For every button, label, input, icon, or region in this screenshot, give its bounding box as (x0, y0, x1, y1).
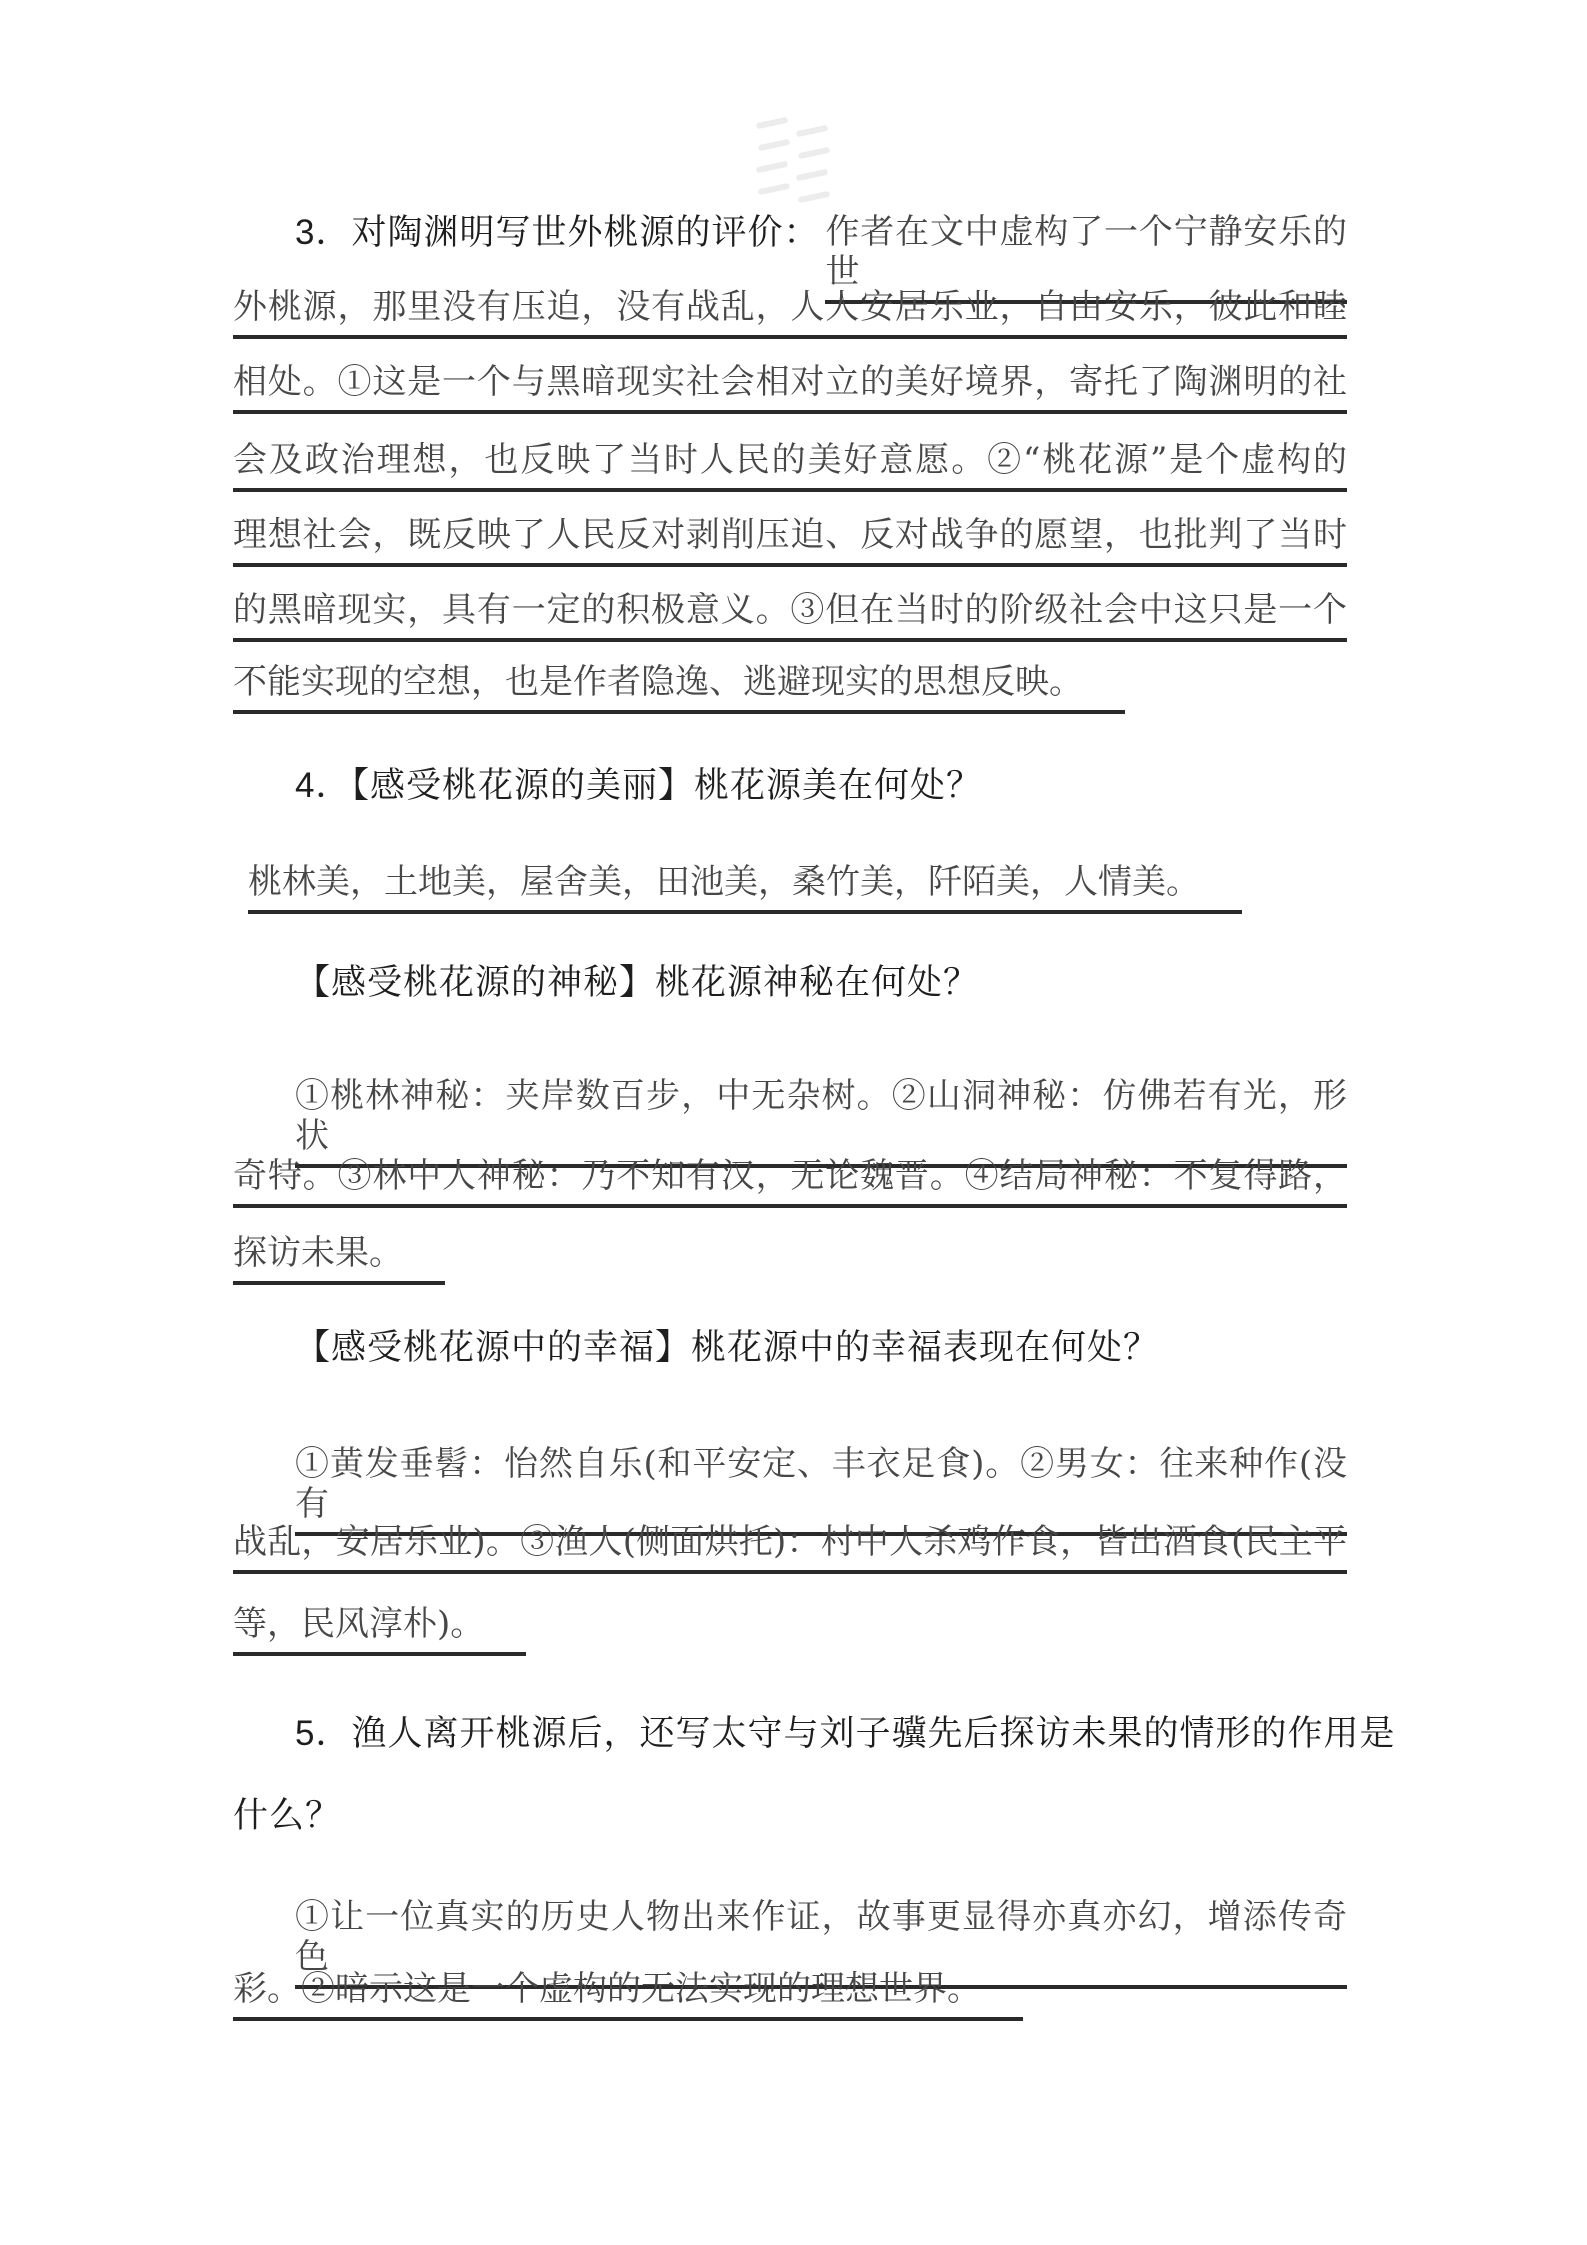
question-3-answer-line: 外桃源，那里没有压迫，没有战乱，人人安居乐业，自由安乐，彼此和睦 (233, 287, 1347, 339)
mystery-answer-line: ①桃林神秘：夹岸数百步，中无杂树。②山洞神秘：仿佛若有光，形状 (295, 1076, 1347, 1168)
question-4-mystery-label: 【感受桃花源的神秘】桃花源神秘在何处？ (295, 963, 979, 1003)
question-3-label: 3．对陶渊明写世外桃源的评价： (295, 212, 819, 253)
question-3-answer-line: 的黑暗现实，具有一定的积极意义。③但在当时的阶级社会中这只是一个 (233, 590, 1347, 642)
question-5-answer-last-line: 彩。②暗示这是一个虚构的无法实现的理想世界。 (233, 1969, 1023, 2021)
happiness-answer-last-text: 等，民风淳朴)。 (233, 1604, 526, 1656)
question-3-answer-line: 理想社会，既反映了人民反对剥削压迫、反对战争的愿望，也批判了当时 (233, 515, 1347, 567)
happiness-answer-last-line: 等，民风淳朴)。 (233, 1604, 526, 1656)
watermark-dash (758, 183, 791, 196)
watermark-dash (756, 117, 789, 130)
happiness-answer-line: 战乱，安居乐业)。③渔人(侧面烘托)：村中人杀鸡作食，皆出酒食(民主平 (233, 1522, 1347, 1574)
question-3-answer-last-text: 不能实现的空想，也是作者隐逸、逃避现实的思想反映。 (233, 662, 1125, 714)
question-4-label: 4．【感受桃花源的美丽】桃花源美在何处？ (295, 766, 982, 806)
mystery-answer-line: 奇特。③林中人神秘：乃不知有汉，无论魏晋。④结局神秘：不复得路， (233, 1156, 1347, 1208)
watermark-dash (796, 169, 829, 182)
question-3-answer-last-line: 不能实现的空想，也是作者隐逸、逃避现实的思想反映。 (233, 662, 1125, 714)
mystery-answer-last-text: 探访未果。 (233, 1233, 445, 1285)
question-4-happiness-label: 【感受桃花源中的幸福】桃花源中的幸福表现在何处？ (295, 1328, 1159, 1368)
watermark-dash (798, 191, 831, 204)
question-3-answer-line: 会及政治理想，也反映了当时人民的美好意愿。②“桃花源”是个虚构的 (233, 440, 1347, 492)
question-4-answer-text: 桃林美，土地美，屋舍美，田池美，桑竹美，阡陌美，人情美。 (248, 862, 1242, 914)
watermark-dash (798, 147, 831, 160)
question-4-answer-line: 桃林美，土地美，屋舍美，田池美，桑竹美，阡陌美，人情美。 (248, 862, 1242, 914)
watermark-dash (758, 139, 791, 152)
question-5-label-line2: 什么？ (233, 1796, 341, 1836)
watermark-dash (756, 161, 789, 174)
question-5-label-line1: 5．渔人离开桃源后，还写太守与刘子骥先后探访未果的情形的作用是 (295, 1714, 1395, 1754)
question-5-answer-last-text: 彩。②暗示这是一个虚构的无法实现的理想世界。 (233, 1969, 1023, 2021)
document-page: 3．对陶渊明写世外桃源的评价： 作者在文中虚构了一个宁静安乐的世 外桃源，那里没… (0, 0, 1587, 2245)
mystery-answer-last-line: 探访未果。 (233, 1233, 445, 1285)
watermark (756, 116, 866, 211)
question-3-answer-line: 相处。①这是一个与黑暗现实社会相对立的美好境界，寄托了陶渊明的社 (233, 362, 1347, 414)
watermark-dash (796, 125, 829, 138)
